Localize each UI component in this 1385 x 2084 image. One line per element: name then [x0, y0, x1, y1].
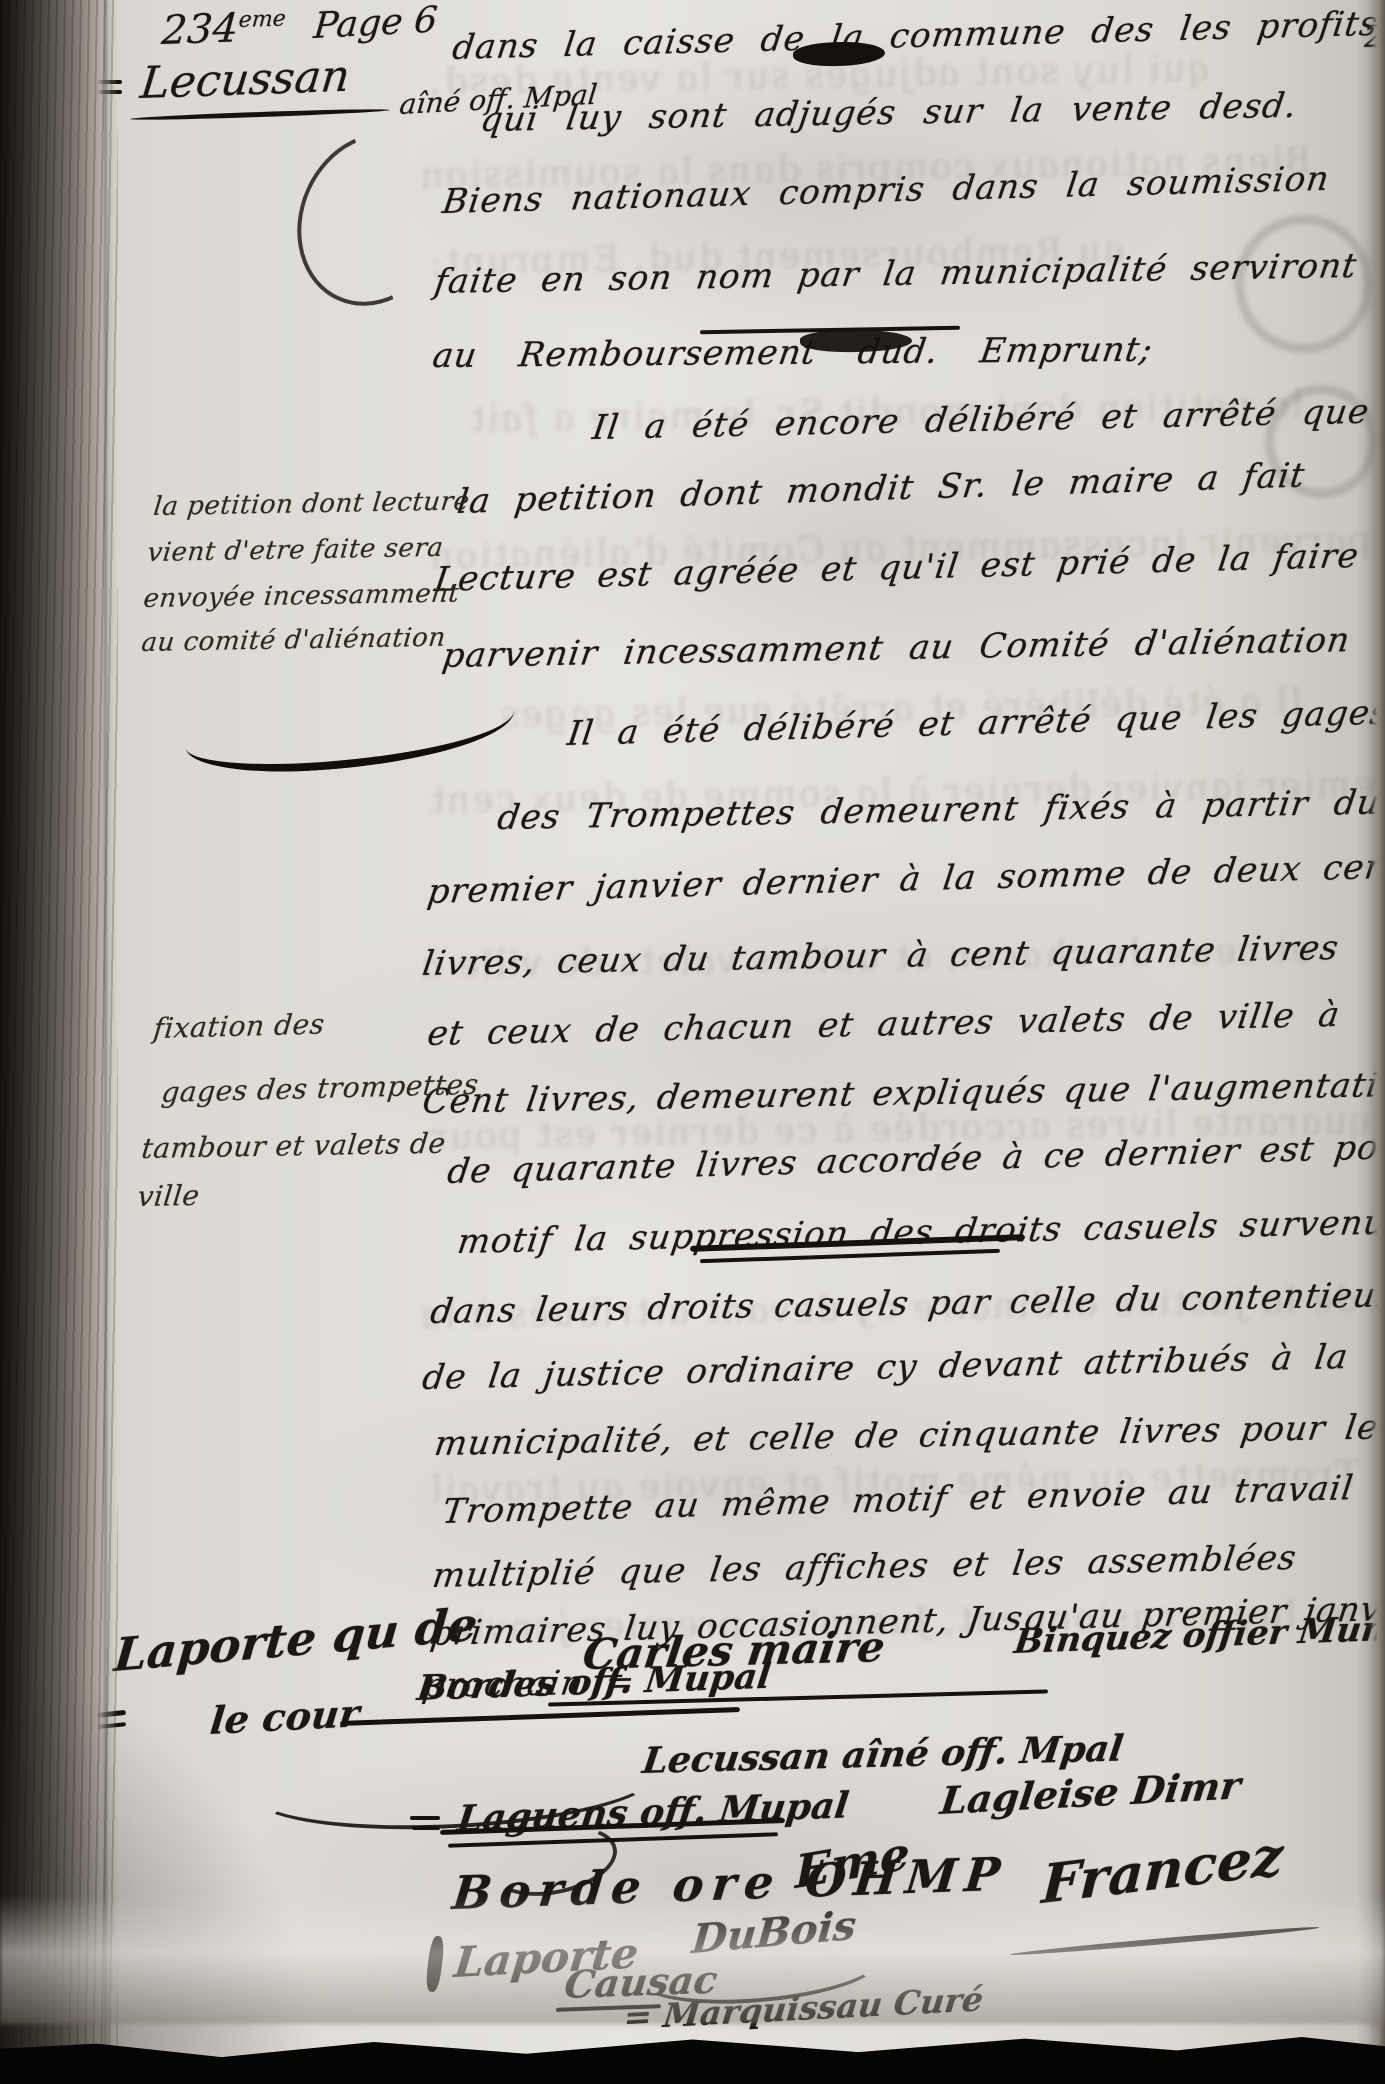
body-line: et ceux de chacun et autres valets de vi… [425, 995, 1343, 1054]
manuscript-page: qui luy sont adjugés sur la vente desd. … [0, 0, 1385, 2084]
body-line: multiplié que les affiches et les assemb… [430, 1538, 1299, 1596]
signature-underline [340, 1707, 740, 1726]
margin-note-petition-line: vient d'etre faite sera [146, 533, 445, 568]
body-line: au Remboursement dud. Emprunt; [430, 330, 1156, 376]
margin-note-fixation-line: fixation des [152, 1008, 326, 1045]
body-line: de la justice ordinaire cy devant attrib… [420, 1337, 1351, 1398]
margin-note-fixation-line: ville [136, 1179, 201, 1213]
paragraph-flourish [183, 679, 518, 780]
page-number: 234eme [160, 4, 287, 54]
signer-underline-flourish [130, 107, 390, 121]
page-number-value: 234 [160, 5, 240, 54]
margin-note-petition-line: la petition dont lecture [152, 487, 471, 522]
double-dash-mark [412, 1826, 440, 1830]
page-right-edge [1369, 0, 1385, 2084]
body-line: dans leurs droits casuels par celle du c… [428, 1275, 1385, 1332]
double-dash-mark [410, 1816, 440, 1820]
body-line: la petition dont mondit Sr. le maire a f… [455, 456, 1308, 522]
header-signer: Lecussan [138, 51, 352, 109]
margin-note-petition-line: envoyée incessamment [142, 579, 461, 614]
page-number-suffix: eme [238, 6, 287, 33]
body-line: premier janvier dernier à la somme de de… [425, 847, 1385, 912]
page-label: Page 6 [312, 0, 439, 47]
body-line: parvenir incessamment au Comité d'aliéna… [440, 620, 1353, 676]
signature-carles: Carles maire [580, 1622, 888, 1679]
bottom-edge-wear [0, 1894, 1385, 2024]
margin-note-petition-line: au comité d'aliénation [140, 623, 447, 658]
body-line: livres, ceux du tambour à cent quarante … [420, 928, 1342, 984]
margin-note-fixation-line: tambour et valets de [140, 1127, 447, 1165]
